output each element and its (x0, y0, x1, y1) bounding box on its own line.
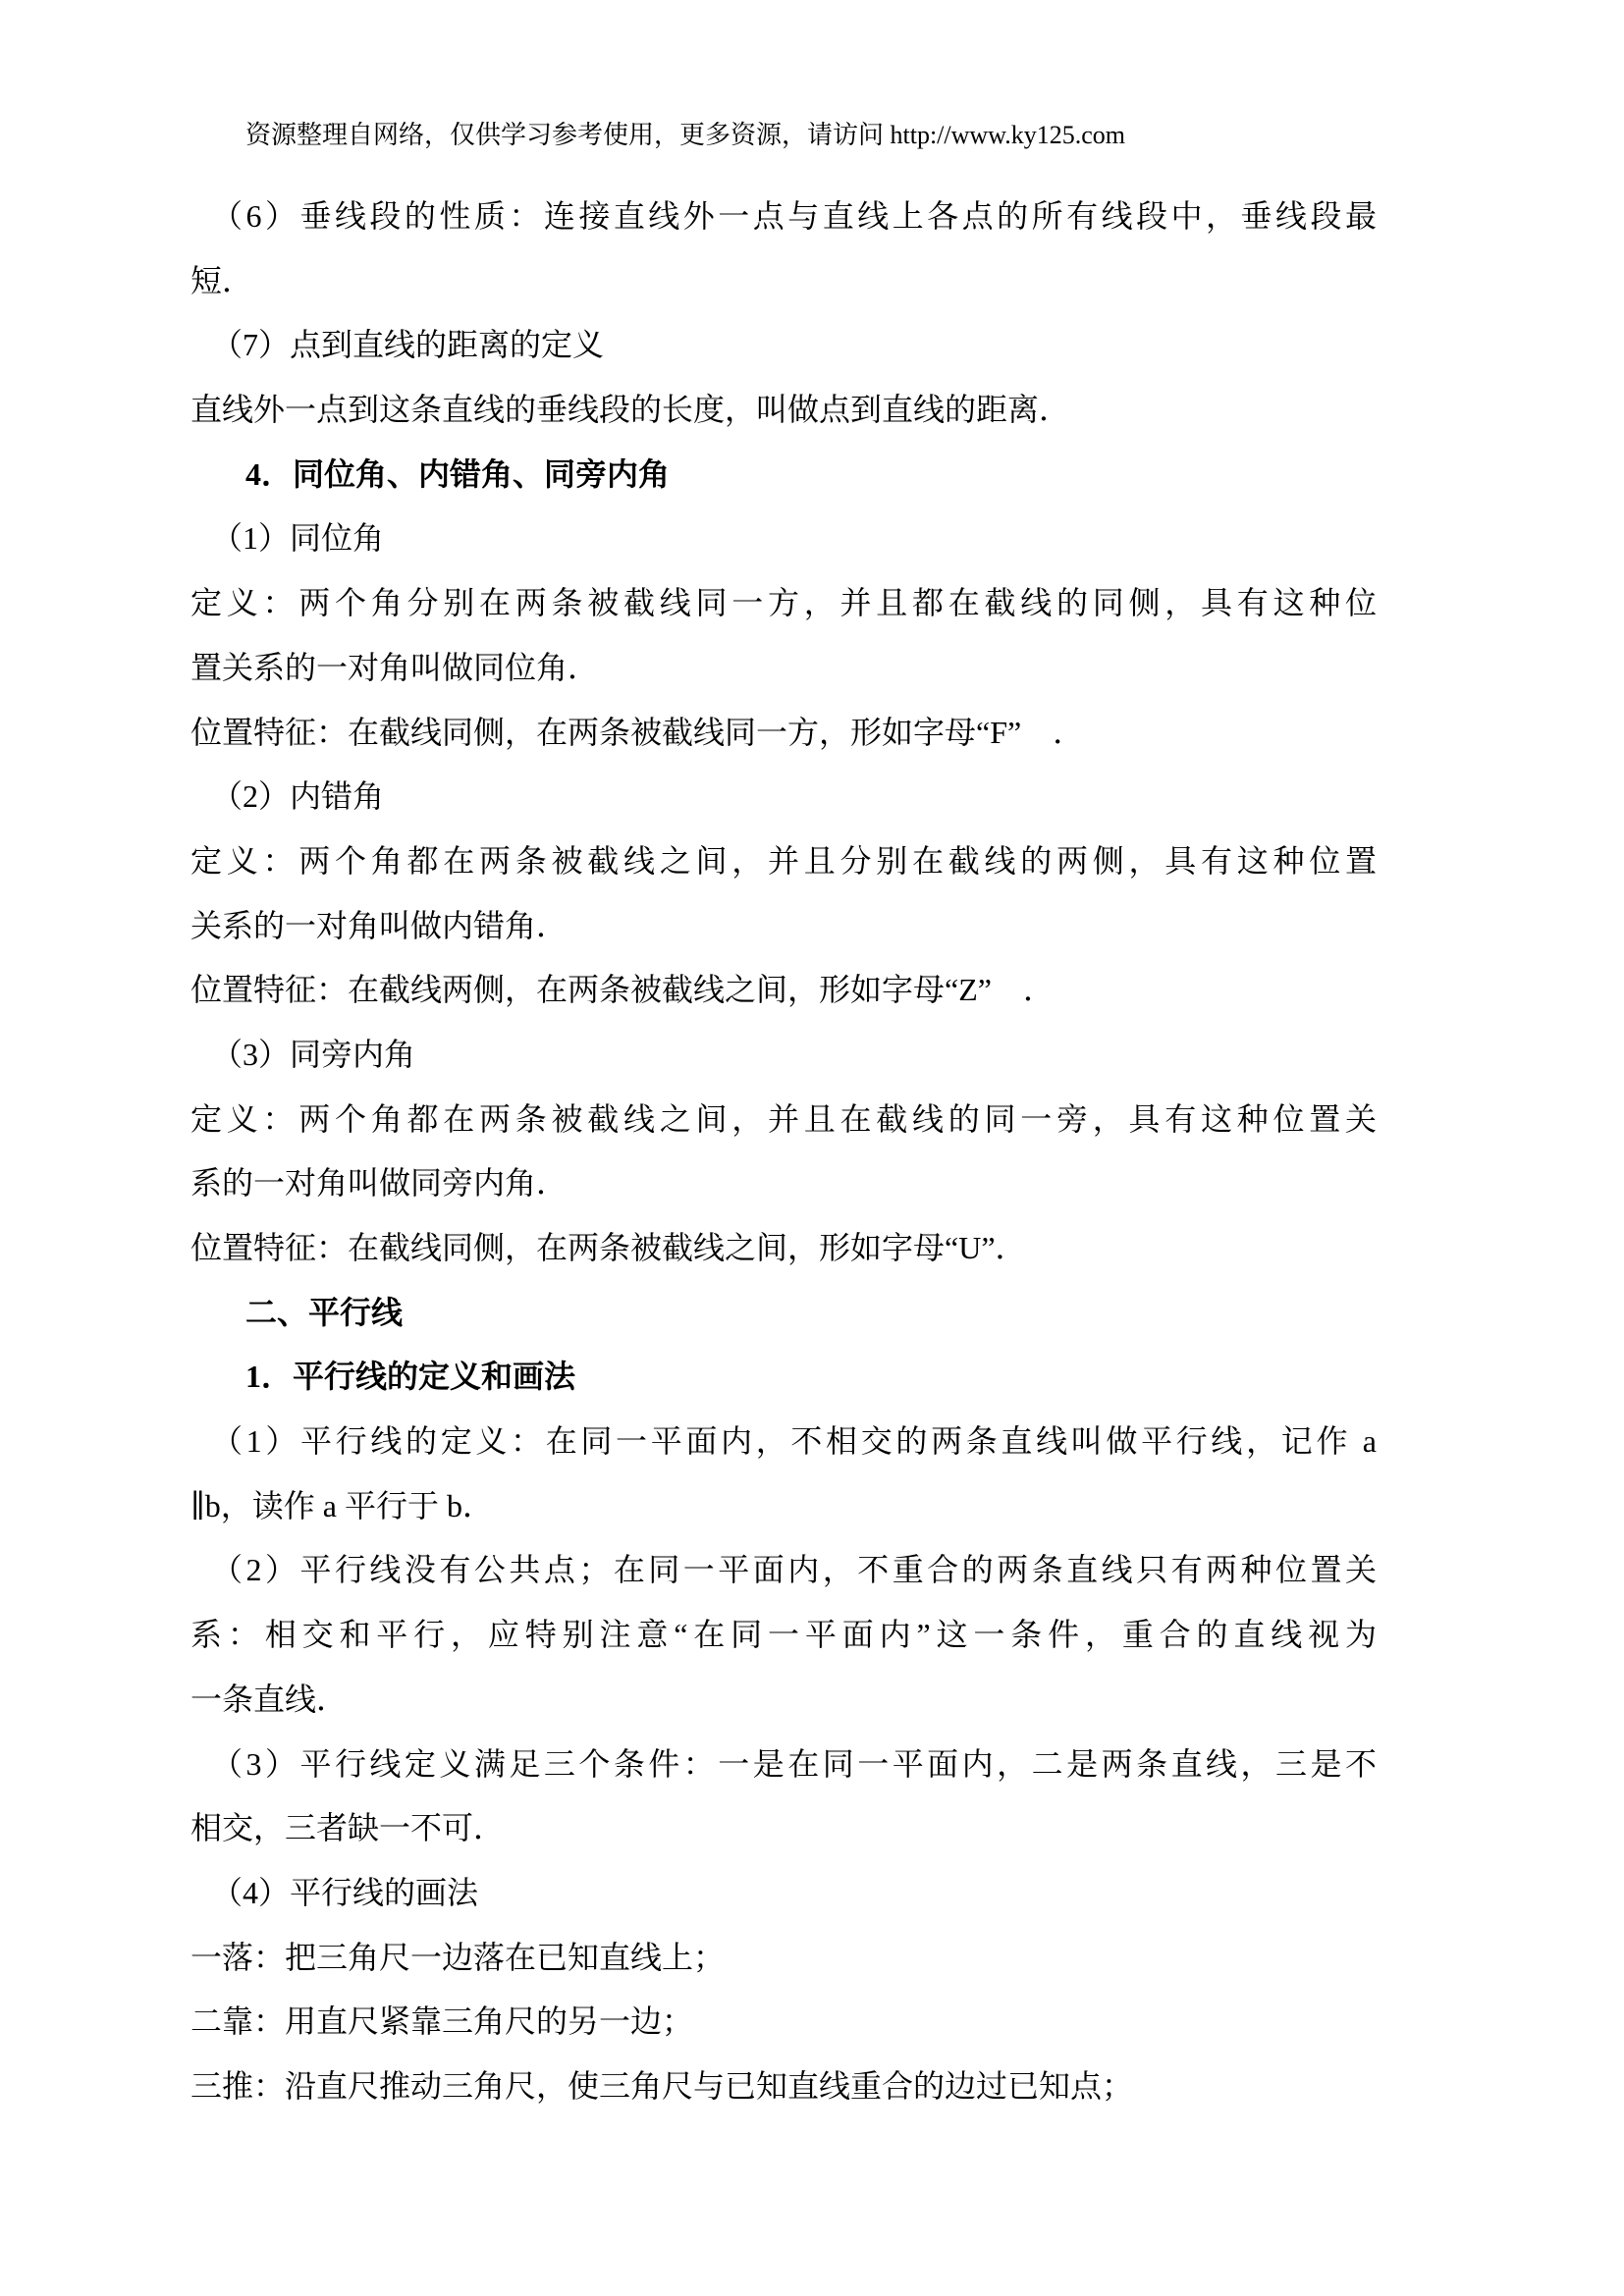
document-line: （6）垂线段的性质：连接直线外一点与直线上各点的所有线段中，垂线段最 (190, 185, 1377, 249)
document-line: 一落：把三角尺一边落在已知直线上； (190, 1926, 1377, 1991)
document-line: 二靠：用直尺紧靠三角尺的另一边； (190, 1990, 1377, 2055)
document-line: 相交，三者缺一不可． (190, 1796, 1377, 1861)
header-notice: 资源整理自网络，仅供学习参考使用，更多资源，请访问 http://www.ky1… (245, 116, 1125, 155)
document-line: 置关系的一对角叫做同位角． (190, 636, 1377, 701)
document-line: （3）平行线定义满足三个条件：一是在同一平面内，二是两条直线，三是不 (190, 1733, 1377, 1797)
document-line: （2）内错角 (190, 765, 1377, 829)
document-line: 系：相交和平行，应特别注意“在同一平面内”这一条件，重合的直线视为 (190, 1603, 1377, 1668)
document-line: （4）平行线的画法 (190, 1861, 1377, 1926)
document-line: 短． (190, 249, 1377, 314)
section-heading: 4．同位角、内错角、同旁内角 (190, 443, 1377, 507)
document-line: 位置特征：在截线两侧，在两条被截线之间，形如字母“Z” ． (190, 958, 1377, 1023)
document-line: （3）同旁内角 (190, 1023, 1377, 1088)
section-heading: 1．平行线的定义和画法 (190, 1345, 1377, 1410)
document-line: ∥b，读作 a 平行于 b． (190, 1474, 1377, 1539)
document-line: 直线外一点到这条直线的垂线段的长度，叫做点到直线的距离． (190, 378, 1377, 443)
document-line: 定义：两个角都在两条被截线之间，并且分别在截线的两侧，具有这种位置 (190, 829, 1377, 894)
document-line: 一条直线． (190, 1668, 1377, 1733)
document-line: 三推：沿直尺推动三角尺，使三角尺与已知直线重合的边过已知点； (190, 2055, 1377, 2119)
document-line: 定义：两个角都在两条被截线之间，并且在截线的同一旁，具有这种位置关 (190, 1088, 1377, 1152)
document-body: （6）垂线段的性质：连接直线外一点与直线上各点的所有线段中，垂线段最 短． （7… (190, 185, 1377, 2119)
document-line: 位置特征：在截线同侧，在两条被截线同一方，形如字母“F” ． (190, 701, 1377, 766)
document-line: 位置特征：在截线同侧，在两条被截线之间，形如字母“U”． (190, 1216, 1377, 1281)
document-line: 系的一对角叫做同旁内角． (190, 1151, 1377, 1216)
document-line: （1）平行线的定义：在同一平面内，不相交的两条直线叫做平行线，记作 a (190, 1410, 1377, 1474)
section-heading: 二、平行线 (190, 1281, 1377, 1346)
document-line: （7）点到直线的距离的定义 (190, 313, 1377, 378)
document-line: （2）平行线没有公共点；在同一平面内，不重合的两条直线只有两种位置关 (190, 1538, 1377, 1603)
document-line: （1）同位角 (190, 507, 1377, 571)
document-line: 关系的一对角叫做内错角． (190, 894, 1377, 959)
document-page: 资源整理自网络，仅供学习参考使用，更多资源，请访问 http://www.ky1… (0, 0, 1624, 2296)
document-line: 定义：两个角分别在两条被截线同一方，并且都在截线的同侧，具有这种位 (190, 571, 1377, 636)
